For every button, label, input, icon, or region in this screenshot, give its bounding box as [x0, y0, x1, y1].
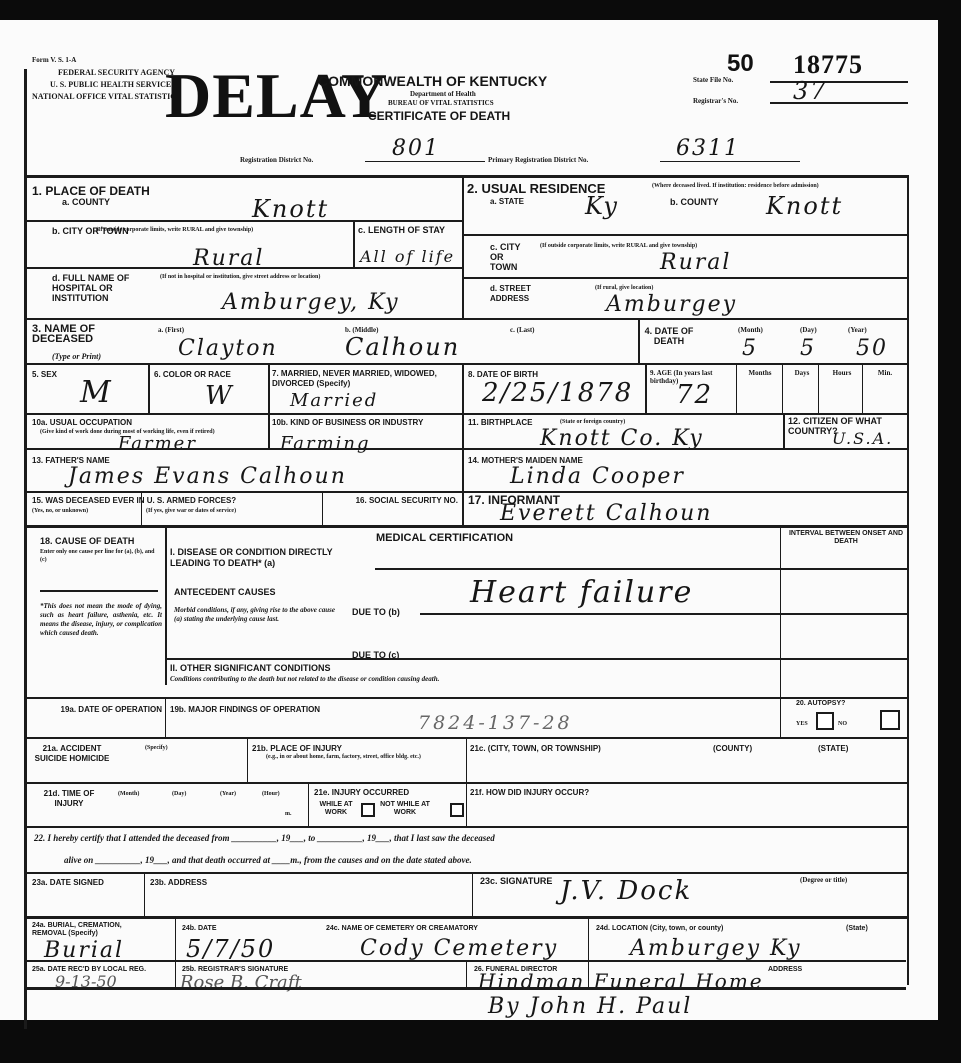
divider — [783, 413, 785, 448]
sex-label: 5. SEX — [32, 370, 57, 380]
registrar-no-label: Registrar's No. — [693, 97, 738, 105]
divider — [638, 318, 640, 363]
divider — [26, 697, 908, 699]
line-b — [420, 613, 908, 615]
birthplace-label: 11. BIRTHPLACE — [468, 418, 532, 428]
divider — [144, 872, 145, 917]
other-conditions-label: II. OTHER SIGNIFICANT CONDITIONS — [170, 663, 331, 673]
divider — [26, 220, 463, 222]
death-year-label: (Year) — [848, 326, 867, 334]
interval-label: INTERVAL BETWEEN ONSET AND DEATH — [786, 530, 906, 546]
divider — [463, 234, 908, 236]
divider — [26, 363, 908, 365]
operation-findings-label: 19b. MAJOR FINDINGS OF OPERATION — [170, 705, 320, 715]
divider — [141, 491, 142, 525]
mother-maiden-name: Linda Cooper — [510, 466, 685, 488]
operation-date-label: 19a. DATE OF OPERATION — [32, 705, 162, 715]
divider — [782, 363, 783, 413]
date-of-birth: 2/25/1878 — [482, 382, 633, 404]
death-month: 5 — [742, 338, 758, 360]
divider — [462, 448, 464, 491]
divider — [40, 590, 158, 592]
divider — [660, 161, 800, 162]
cemetery-label: 24c. NAME OF CEMETERY OR CREAMATORY — [326, 924, 478, 934]
last-name-label: c. (Last) — [510, 326, 535, 334]
pod-city-note: (If outside corporate limits, write RURA… — [96, 226, 336, 234]
res-county-label: b. COUNTY — [670, 197, 719, 207]
not-while-at-work-checkbox[interactable] — [450, 803, 464, 817]
not-while-at-work-label: NOT WHILE AT WORK — [375, 801, 435, 817]
citizen: U.S.A. — [832, 428, 893, 450]
divider — [462, 491, 464, 525]
res-street-note: (If rural, give location) — [595, 284, 653, 292]
injury-m-label: m. — [285, 810, 292, 818]
pod-county: Knott — [252, 198, 329, 220]
accident-label: 21a. ACCIDENT SUICIDE HOMICIDE — [32, 744, 112, 764]
divider — [645, 363, 647, 413]
death-year: 50 — [856, 338, 888, 360]
divider — [26, 491, 908, 493]
burial-state-label: (State) — [846, 924, 868, 934]
document-title: CERTIFICATE OF DEATH — [368, 110, 510, 122]
place-of-injury-note: (e.g., in or about home, farm, factory, … — [266, 753, 466, 761]
pod-stay: All of life — [360, 246, 455, 268]
antecedent-note: Morbid conditions, if any, giving rise t… — [174, 606, 344, 624]
agency-line-3: NATIONAL OFFICE VITAL STATISTICS — [32, 93, 180, 101]
operation-code: 7824-137-28 — [418, 712, 573, 734]
days-label: Days — [786, 369, 818, 377]
line-a — [375, 568, 908, 570]
injury-day-label: (Day) — [172, 790, 186, 798]
divider — [26, 826, 908, 828]
due-to-b-label: DUE TO (b) — [352, 607, 400, 617]
injury-year-label: (Year) — [220, 790, 236, 798]
agency-line-2: U. S. PUBLIC HEALTH SERVICE — [50, 81, 171, 89]
divider — [26, 267, 463, 269]
burial-location: Amburgey Ky — [630, 938, 802, 960]
race: W — [205, 385, 234, 407]
autopsy-label: 20. AUTOPSY? — [796, 700, 845, 708]
date-signed-label: 23a. DATE SIGNED — [32, 878, 104, 888]
pod-hospital: Amburgey, Ky — [222, 292, 400, 314]
injury-hour-label: (Hour) — [262, 790, 280, 798]
injury-city-label: 21c. (CITY, TOWN, OR TOWNSHIP) — [470, 744, 601, 754]
medical-certification-title: MEDICAL CERTIFICATION — [376, 533, 513, 543]
divider — [26, 987, 906, 990]
state-file-underline — [770, 81, 908, 83]
occupation: Farmer — [118, 433, 197, 455]
signature-label: 23c. SIGNATURE — [480, 876, 552, 886]
ssn-label: 16. SOCIAL SECURITY NO. — [328, 496, 458, 506]
registrar-no: 37 — [793, 80, 828, 102]
res-city: Rural — [660, 252, 731, 274]
res-county: Knott — [766, 195, 843, 217]
frame-right — [907, 175, 909, 985]
divider — [466, 960, 467, 988]
divider — [780, 697, 781, 737]
industry-label: 10b. KIND OF BUSINESS OR INDUSTRY — [272, 418, 457, 428]
months-label: Months — [740, 369, 780, 377]
birthplace: Knott Co. Ky — [540, 428, 704, 450]
res-city-note: (If outside corporate limits, write RURA… — [540, 242, 697, 250]
autopsy-yes-label: YES — [796, 720, 808, 728]
name-label: 3. NAME OF DECEASED — [32, 324, 142, 344]
disposition: Burial — [44, 940, 124, 962]
burial-date: 5/7/50 — [186, 938, 275, 960]
degree-label: (Degree or title) — [800, 876, 847, 884]
informant: Everett Calhoun — [500, 503, 712, 525]
bureau: BUREAU OF VITAL STATISTICS — [388, 99, 494, 107]
primary-district: 6311 — [676, 138, 740, 160]
autopsy-no-label: NO — [838, 720, 847, 728]
sex: M — [80, 382, 113, 404]
name-note: (Type or Print) — [52, 352, 101, 361]
divider — [308, 782, 309, 827]
divider — [26, 413, 908, 415]
agency-line-1: FEDERAL SECURITY AGENCY — [58, 69, 175, 77]
department: Department of Health — [410, 90, 476, 98]
antecedent-label: ANTECEDENT CAUSES — [174, 587, 276, 597]
pod-hospital-label: d. FULL NAME OF HOSPITAL OR INSTITUTION — [52, 273, 156, 303]
res-city-label: c. CITY OR TOWN — [490, 242, 530, 272]
age: 72 — [676, 384, 713, 406]
divider — [736, 363, 737, 413]
injury-state-label: (STATE) — [818, 744, 848, 754]
divider — [247, 737, 248, 782]
divider — [472, 872, 473, 917]
death-day-label: (Day) — [800, 326, 817, 334]
industry: Farming — [280, 433, 371, 455]
state-file-number: 18775 — [793, 50, 863, 80]
other-conditions-note: Conditions contributing to the death but… — [170, 675, 440, 684]
first-name: Clayton — [178, 338, 278, 360]
injury-county-label: (COUNTY) — [713, 744, 752, 754]
marital-label: 7. MARRIED, NEVER MARRIED, WIDOWED, DIVO… — [272, 369, 457, 389]
state-file-prefix: 50 — [727, 50, 754, 78]
cause-footnote: *This does not mean the mode of dying, s… — [40, 602, 162, 638]
res-state: Ky — [585, 195, 619, 217]
funeral-director-by: By John H. Paul — [488, 996, 692, 1018]
cause-of-death-label: 18. CAUSE OF DEATH — [40, 536, 134, 546]
cause-note: Enter only one cause per line for (a), (… — [40, 548, 162, 564]
autopsy-yes-checkbox[interactable] — [816, 712, 834, 730]
registration-district: 801 — [392, 138, 440, 160]
divider — [26, 318, 908, 320]
place-of-death-title: 1. PLACE OF DEATH — [32, 185, 150, 197]
res-state-label: a. STATE — [490, 197, 524, 207]
divider — [353, 220, 355, 268]
divider — [26, 916, 908, 919]
injury-occurred-label: 21e. INJURY OCCURRED — [314, 788, 409, 798]
first-name-label: a. (First) — [158, 326, 184, 334]
race-label: 6. COLOR OR RACE — [154, 370, 231, 380]
marital-status: Married — [290, 390, 378, 412]
occupation-label: 10a. USUAL OCCUPATION — [32, 418, 132, 428]
divider — [26, 872, 908, 874]
time-of-injury-label: 21d. TIME OF INJURY — [34, 789, 104, 809]
state-title: COMMONWEALTH OF KENTUCKY — [318, 74, 547, 88]
armed-note-a: (Yes, no, or unknown) — [32, 507, 88, 515]
cemetery: Cody Cemetery — [360, 938, 558, 960]
divider — [365, 161, 485, 162]
divider — [462, 363, 464, 413]
divider — [165, 697, 166, 737]
physician-signature: J.V. Dock — [560, 880, 692, 902]
divider — [322, 491, 323, 525]
certify-line-1: 22. I hereby certify that I attended the… — [34, 832, 904, 844]
middle-name: Calhoun — [345, 336, 460, 358]
birthplace-note: (State or foreign country) — [560, 418, 625, 426]
divider — [26, 525, 908, 528]
divider — [780, 525, 781, 705]
injury-month-label: (Month) — [118, 790, 139, 798]
divider — [268, 363, 270, 413]
armed-note-b: (If yes, give war or dates of service) — [146, 507, 236, 515]
certificate-page: Form V. S. 1-A FEDERAL SECURITY AGENCY U… — [0, 20, 938, 1020]
divider — [148, 363, 150, 413]
autopsy-no-checkbox[interactable] — [880, 710, 900, 730]
frame-top — [24, 175, 909, 178]
divider — [462, 175, 464, 318]
armed-forces-label: 15. WAS DECEASED EVER IN U. S. ARMED FOR… — [32, 496, 236, 506]
burial-date-label: 24b. DATE — [182, 924, 217, 934]
registrar-no-underline — [770, 102, 908, 104]
pod-hospital-note: (If not in hospital or institution, give… — [160, 273, 450, 281]
death-month-label: (Month) — [738, 326, 763, 334]
frame-left — [24, 69, 27, 1029]
how-injury-label: 21f. HOW DID INJURY OCCUR? — [470, 788, 589, 798]
pod-county-label: a. COUNTY — [62, 197, 110, 207]
death-day: 5 — [800, 338, 816, 360]
accident-specify: (Specify) — [145, 744, 168, 752]
while-at-work-label: WHILE AT WORK — [314, 801, 358, 817]
divider — [26, 737, 908, 739]
divider — [462, 413, 464, 448]
hours-label: Hours — [822, 369, 862, 377]
form-id: Form V. S. 1-A — [32, 56, 76, 64]
primary-district-label: Primary Registration District No. — [488, 156, 588, 164]
date-of-death-label: 4. DATE OF DEATH — [644, 326, 694, 346]
disposition-label: 24a. BURIAL, CREMATION, REMOVAL (Specify… — [32, 922, 152, 938]
residence-note: (Where deceased lived. If institution: r… — [652, 182, 907, 190]
divider — [463, 277, 908, 279]
minutes-label: Min. — [866, 369, 904, 377]
divider — [26, 782, 908, 784]
due-to-b: Heart failure — [470, 582, 693, 604]
divider — [862, 363, 863, 413]
registration-district-label: Registration District No. — [240, 156, 313, 164]
while-at-work-checkbox[interactable] — [361, 803, 375, 817]
res-street-label: d. STREET ADDRESS — [490, 284, 550, 304]
burial-location-label: 24d. LOCATION (City, town, or county) — [596, 924, 723, 934]
divider — [26, 448, 908, 450]
disease-label: I. DISEASE OR CONDITION DIRECTLY LEADING… — [170, 547, 355, 569]
divider — [268, 413, 270, 448]
divider — [175, 916, 176, 988]
line-c — [165, 658, 908, 660]
father-name: James Evans Calhoun — [68, 466, 347, 488]
certify-line-2: alive on __________, 19___, and that dea… — [64, 854, 884, 866]
pod-stay-label: c. LENGTH OF STAY — [358, 225, 458, 236]
res-street: Amburgey — [606, 294, 737, 316]
funeral-address-label: ADDRESS — [768, 965, 802, 975]
address-label: 23b. ADDRESS — [150, 878, 207, 888]
divider — [165, 525, 167, 685]
divider — [818, 363, 819, 413]
